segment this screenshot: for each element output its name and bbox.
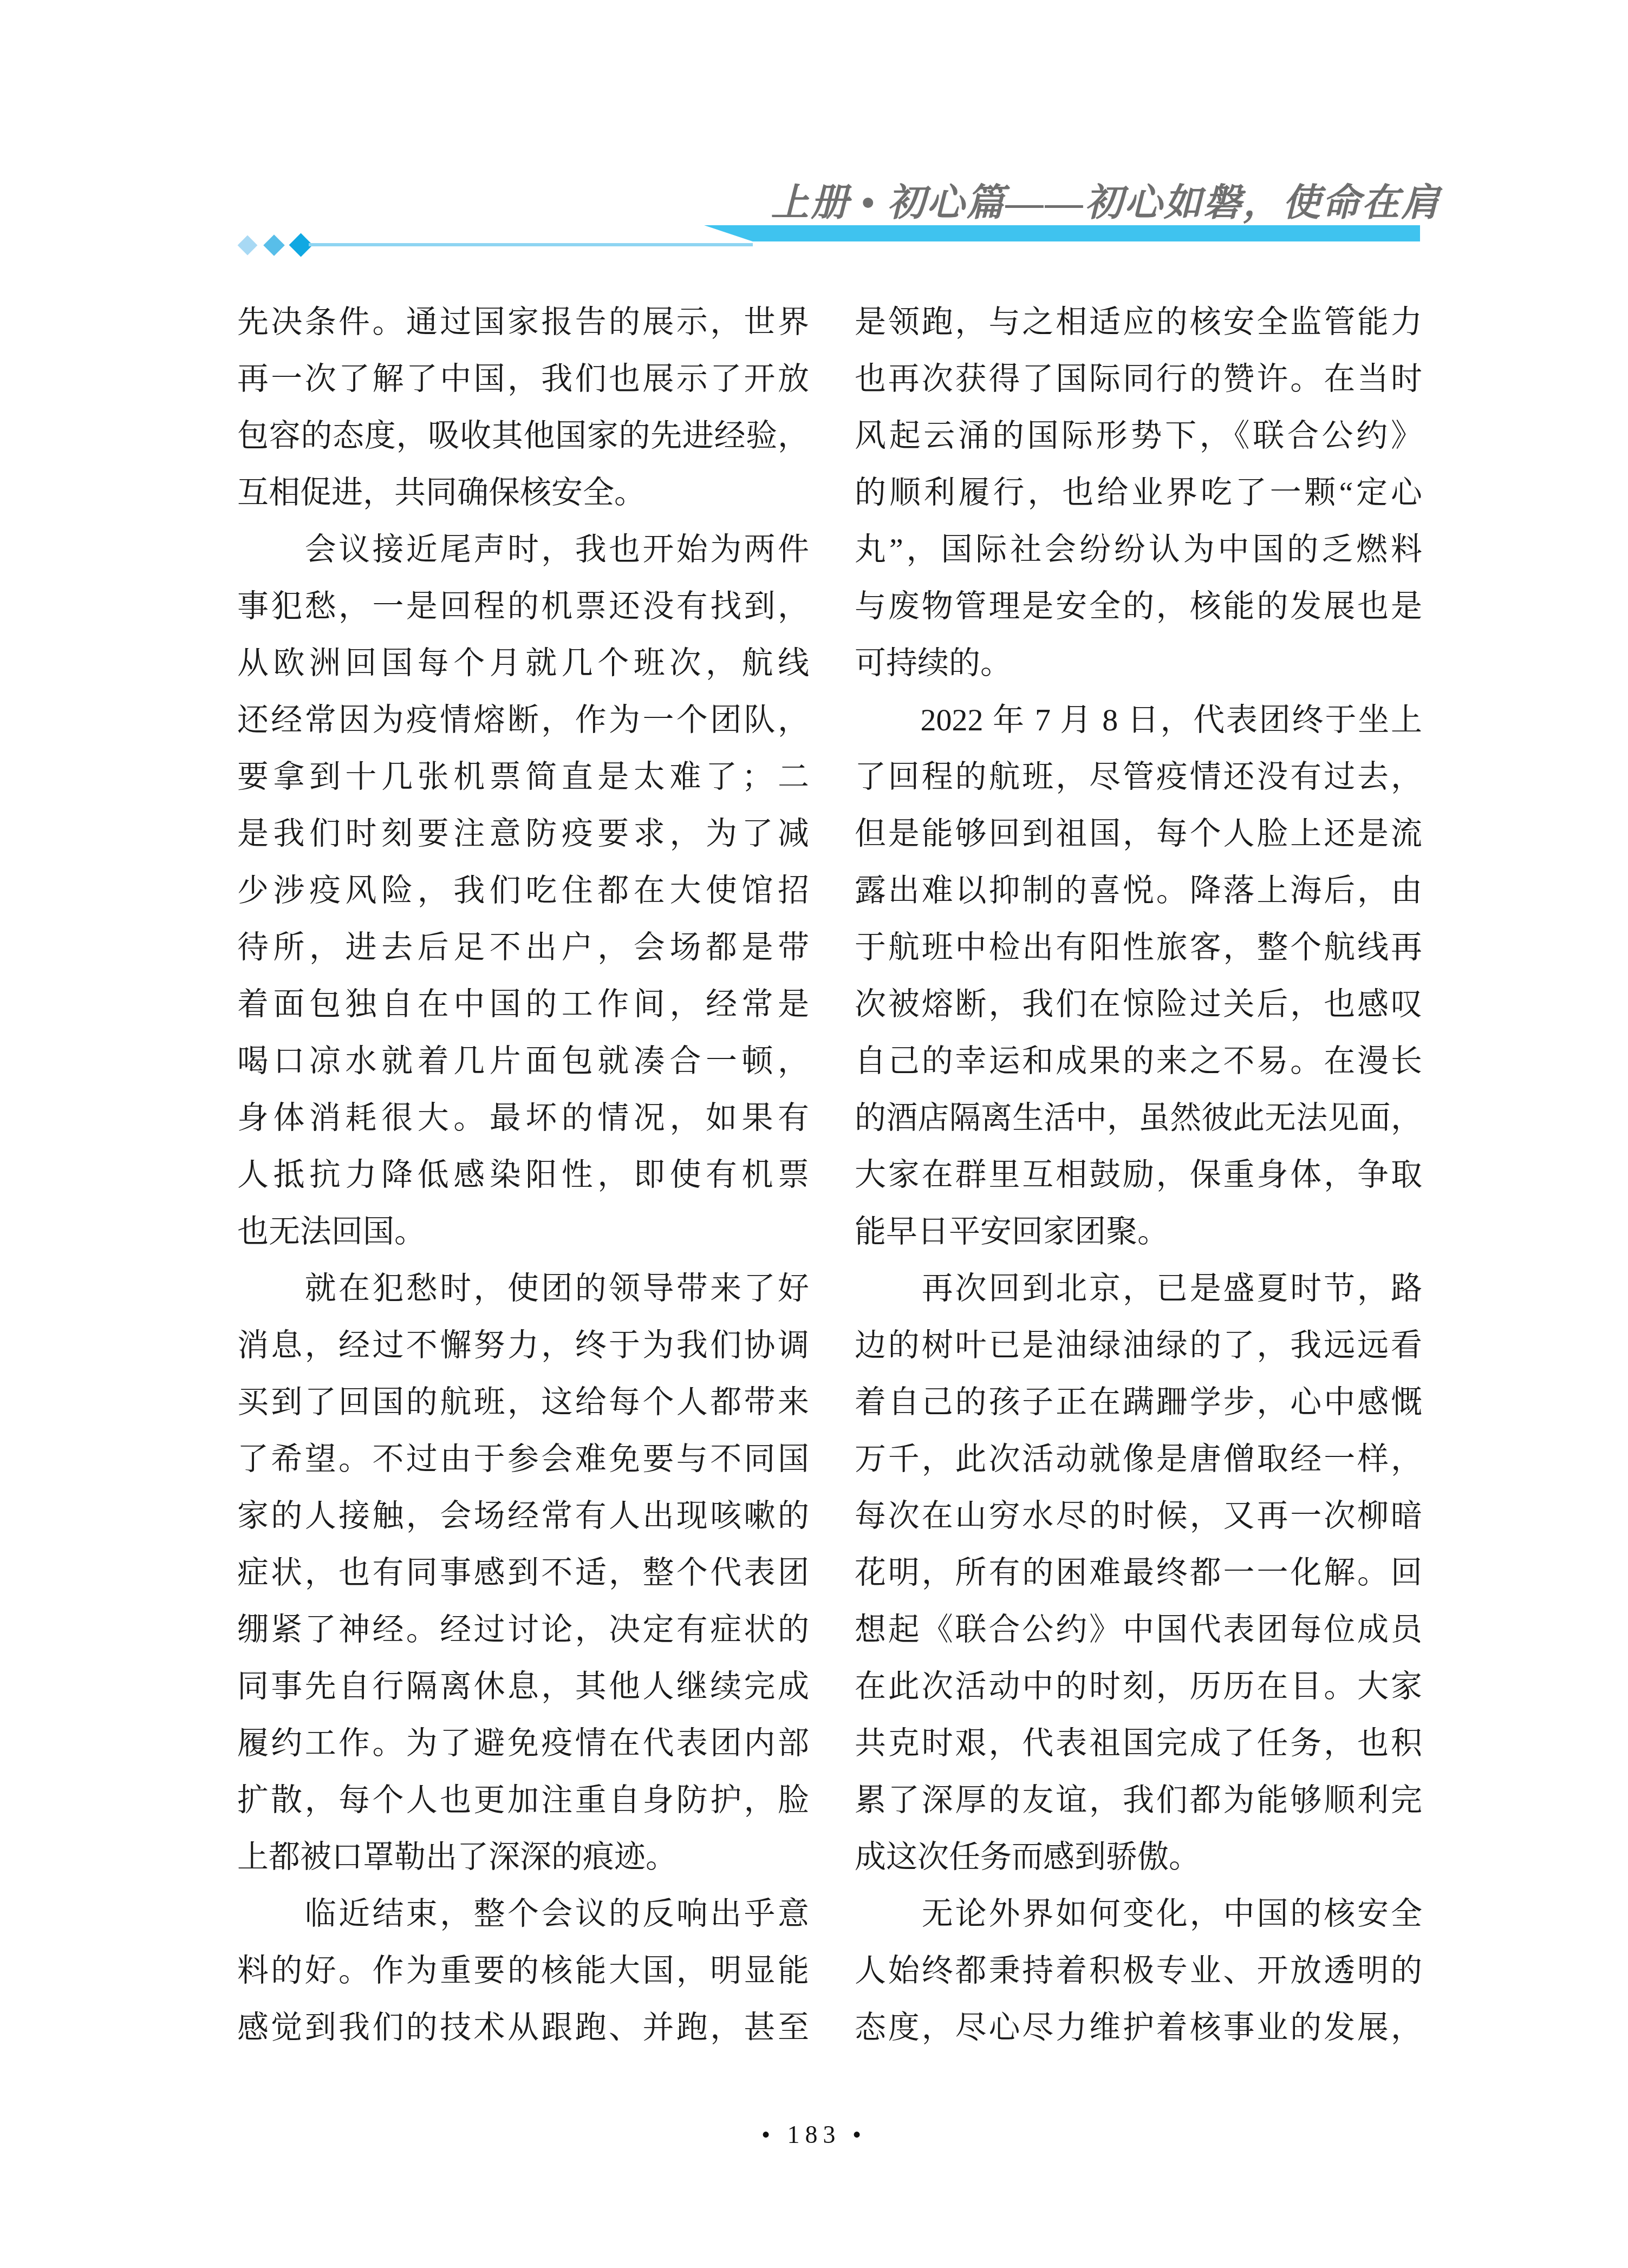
text-line: 还经常因为疫情熔断，作为一个团队， (237, 691, 809, 748)
text-line: 态度，尽心尽力维护着核事业的发展， (855, 1999, 1422, 2056)
text-line: 万千，此次活动就像是唐僧取经一样， (855, 1430, 1422, 1487)
text-line: 大家在群里互相鼓励，保重身体，争取 (855, 1146, 1422, 1203)
text-line: 的顺利履行，也给业界吃了一颗“定心 (855, 464, 1422, 521)
text-line: 成这次任务而感到骄傲。 (855, 1828, 1422, 1885)
text-line: 互相促进，共同确保核安全。 (237, 464, 809, 521)
text-line: 少涉疫风险，我们吃住都在大使馆招 (237, 862, 809, 919)
text-line: 花明，所有的困难最终都一一化解。回 (855, 1544, 1422, 1601)
text-line: 次被熔断，我们在惊险过关后，也感叹 (855, 976, 1422, 1032)
text-line: 扩散，每个人也更加注重自身防护，脸 (237, 1772, 809, 1828)
text-line: 就在犯愁时，使团的领导带来了好 (237, 1260, 809, 1317)
text-column-left: 先决条件。通过国家报告的展示，世界再一次了解了中国，我们也展示了开放包容的态度，… (237, 293, 809, 2056)
text-line: 临近结束，整个会议的反响出乎意 (237, 1885, 809, 1942)
text-line: 共克时艰，代表祖国完成了任务，也积 (855, 1715, 1422, 1772)
text-line: 先决条件。通过国家报告的展示，世界 (237, 293, 809, 350)
text-line: 包容的态度，吸收其他国家的先进经验， (237, 407, 809, 464)
text-line: 2022 年 7 月 8 日，代表团终于坐上 (855, 691, 1422, 748)
text-line: 累了深厚的友谊，我们都为能够顺利完 (855, 1772, 1422, 1828)
text-line: 无论外界如何变化，中国的核安全 (855, 1885, 1422, 1942)
text-line: 绷紧了神经。经过讨论，决定有症状的 (237, 1601, 809, 1658)
text-line: 是我们时刻要注意防疫要求，为了减 (237, 805, 809, 862)
text-line: 待所，进去后足不出户，会场都是带 (237, 919, 809, 976)
text-line: 着面包独自在中国的工作间，经常是 (237, 976, 809, 1032)
text-line: 上都被口罩勒出了深深的痕迹。 (237, 1828, 809, 1885)
text-line: 能早日平安回家团聚。 (855, 1203, 1422, 1260)
diamond-icon (238, 236, 258, 256)
text-line: 了回程的航班，尽管疫情还没有过去， (855, 748, 1422, 805)
text-line: 是领跑，与之相适应的核安全监管能力 (855, 293, 1422, 350)
text-line: 但是能够回到祖国，每个人脸上还是流 (855, 805, 1422, 862)
text-line: 履约工作。为了避免疫情在代表团内部 (237, 1715, 809, 1772)
text-line: 与废物管理是安全的，核能的发展也是 (855, 578, 1422, 635)
text-line: 人抵抗力降低感染阳性，即使有机票 (237, 1146, 809, 1203)
text-line: 会议接近尾声时，我也开始为两件 (237, 521, 809, 578)
text-line: 症状，也有同事感到不适，整个代表团 (237, 1544, 809, 1601)
text-line: 感觉到我们的技术从跟跑、并跑，甚至 (237, 1999, 809, 2056)
text-line: 的酒店隔离生活中，虽然彼此无法见面， (855, 1089, 1422, 1146)
text-line: 要拿到十几张机票简直是太难了；二 (237, 748, 809, 805)
header-rule-line (309, 243, 753, 246)
text-line: 料的好。作为重要的核能大国，明显能 (237, 1942, 809, 1999)
text-line: 想起《联合公约》中国代表团每位成员 (855, 1601, 1422, 1658)
text-line: 每次在山穷水尽的时候，又再一次柳暗 (855, 1487, 1422, 1544)
page-number: • 183 • (0, 2120, 1628, 2149)
text-line: 再次回到北京，已是盛夏时节，路 (855, 1260, 1422, 1317)
text-line: 边的树叶已是油绿油绿的了，我远远看 (855, 1317, 1422, 1374)
text-line: 事犯愁，一是回程的机票还没有找到， (237, 578, 809, 635)
text-line: 于航班中检出有阳性旅客，整个航线再 (855, 919, 1422, 976)
text-line: 着自己的孩子正在蹒跚学步，心中感慨 (855, 1374, 1422, 1430)
text-line: 人始终都秉持着积极专业、开放透明的 (855, 1942, 1422, 1999)
book-page: 上册 • 初心篇——初心如磐，使命在肩 先决条件。通过国家报告的展示，世界再一次… (0, 0, 1628, 2268)
text-line: 买到了回国的航班，这给每个人都带来 (237, 1374, 809, 1430)
header-accent-bar (704, 225, 1420, 241)
text-line: 了希望。不过由于参会难免要与不同国 (237, 1430, 809, 1487)
running-head-title: 上册 • 初心篇——初心如磐，使命在肩 (771, 172, 1441, 227)
text-column-right: 是领跑，与之相适应的核安全监管能力也再次获得了国际同行的赞许。在当时风起云涌的国… (855, 293, 1422, 2056)
text-line: 丸”，国际社会纷纷认为中国的乏燃料 (855, 521, 1422, 578)
text-line: 也再次获得了国际同行的赞许。在当时 (855, 350, 1422, 407)
text-line: 可持续的。 (855, 635, 1422, 691)
text-line: 喝口凉水就着几片面包就凑合一顿， (237, 1032, 809, 1089)
text-line: 身体消耗很大。最坏的情况，如果有 (237, 1089, 809, 1146)
text-line: 消息，经过不懈努力，终于为我们协调 (237, 1317, 809, 1374)
text-line: 风起云涌的国际形势下，《联合公约》 (855, 407, 1422, 464)
text-line: 在此次活动中的时刻，历历在目。大家 (855, 1658, 1422, 1715)
text-line: 再一次了解了中国，我们也展示了开放 (237, 350, 809, 407)
text-line: 家的人接触，会场经常有人出现咳嗽的 (237, 1487, 809, 1544)
text-line: 自己的幸运和成果的来之不易。在漫长 (855, 1032, 1422, 1089)
diamond-icon (263, 234, 285, 256)
text-line: 也无法回国。 (237, 1203, 809, 1260)
text-line: 同事先自行隔离休息，其他人继续完成 (237, 1658, 809, 1715)
text-line: 从欧洲回国每个月就几个班次，航线 (237, 635, 809, 691)
text-line: 露出难以抑制的喜悦。降落上海后，由 (855, 862, 1422, 919)
